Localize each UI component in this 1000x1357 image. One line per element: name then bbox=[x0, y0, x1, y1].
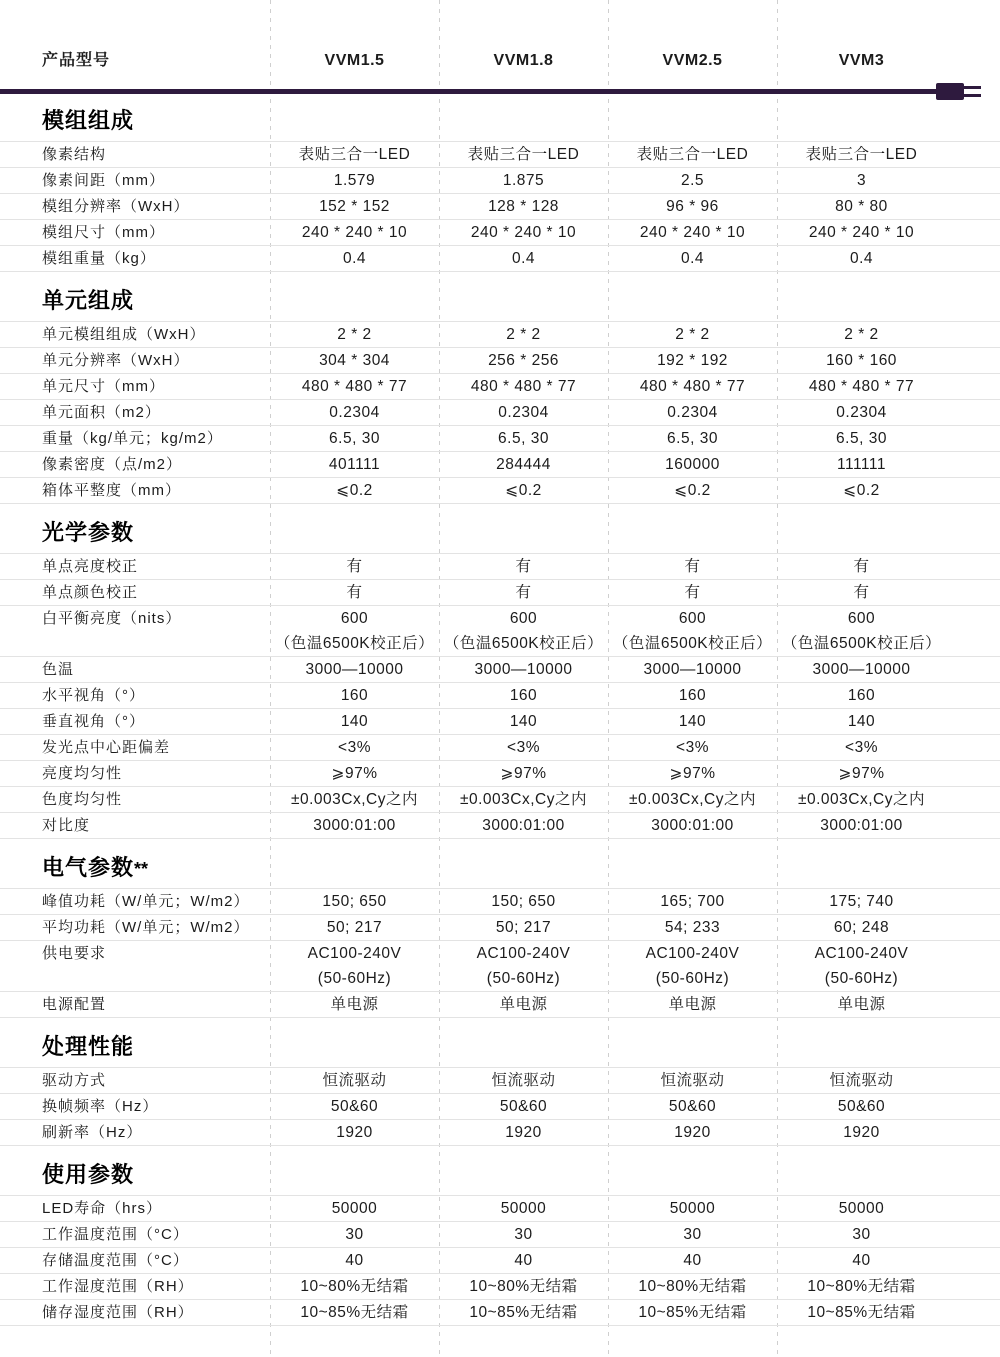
spec-label: 电源配置 bbox=[0, 992, 270, 1017]
spec-row: 工作温度范围（°C） 30 30 30 30 bbox=[0, 1222, 1000, 1248]
spec-value: 40 bbox=[608, 1248, 777, 1273]
spec-label: 像素密度（点/m2） bbox=[0, 452, 270, 477]
plug-prong-icon bbox=[963, 94, 981, 97]
spec-value: 140 bbox=[608, 709, 777, 734]
spec-value: 有 bbox=[439, 554, 608, 579]
spec-value: 600 （色温6500K校正后） bbox=[439, 606, 608, 656]
spec-label: 单元面积（m2） bbox=[0, 400, 270, 425]
spec-value: 3000:01:00 bbox=[777, 813, 946, 838]
spec-value: 10~80%无结霜 bbox=[270, 1274, 439, 1299]
spec-section: 处理性能 驱动方式 恒流驱动 恒流驱动 恒流驱动 恒流驱动 换帧频率（Hz） 5… bbox=[0, 1032, 1000, 1146]
spec-row: 水平视角（°） 160 160 160 160 bbox=[0, 683, 1000, 709]
section-title-text: 光学参数 bbox=[42, 520, 134, 545]
spec-value: 单电源 bbox=[270, 992, 439, 1017]
spec-value: 40 bbox=[270, 1248, 439, 1273]
spec-value: 表贴三合一LED bbox=[777, 142, 946, 167]
spec-value: 30 bbox=[439, 1222, 608, 1247]
spec-value: 10~85%无结霜 bbox=[777, 1300, 946, 1325]
spec-value: 284444 bbox=[439, 452, 608, 477]
model-name-vvm3: VVM3 bbox=[777, 48, 946, 74]
section-title-suffix: ** bbox=[134, 859, 148, 879]
section-title-text: 电气参数 bbox=[42, 855, 134, 880]
section-rows: 单点亮度校正 有 有 有 有 单点颜色校正 有 有 有 有 白平衡亮度（nits… bbox=[0, 553, 1000, 839]
spec-section: 电气参数** 峰值功耗（W/单元；W/m2） 150; 650 150; 650… bbox=[0, 853, 1000, 1018]
spec-label: 白平衡亮度（nits） bbox=[0, 606, 270, 631]
spec-value: 3000:01:00 bbox=[608, 813, 777, 838]
model-name-vvm1-5: VVM1.5 bbox=[270, 48, 439, 74]
spec-label: 重量（kg/单元；kg/m2） bbox=[0, 426, 270, 451]
spec-row: 储存湿度范围（RH） 10~85%无结霜 10~85%无结霜 10~85%无结霜… bbox=[0, 1300, 1000, 1326]
spec-value: AC100-240V (50-60Hz) bbox=[439, 941, 608, 991]
spec-value: 1920 bbox=[777, 1120, 946, 1145]
spec-value: 140 bbox=[439, 709, 608, 734]
spec-value: 160 bbox=[270, 683, 439, 708]
spec-value: 165; 700 bbox=[608, 889, 777, 914]
spec-value: 50000 bbox=[439, 1196, 608, 1221]
spec-value: <3% bbox=[439, 735, 608, 760]
spec-value: 240 * 240 * 10 bbox=[777, 220, 946, 245]
spec-row: 重量（kg/单元；kg/m2） 6.5, 30 6.5, 30 6.5, 30 … bbox=[0, 426, 1000, 452]
spec-value: 30 bbox=[608, 1222, 777, 1247]
spec-value: ⩾97% bbox=[608, 761, 777, 786]
section-title-text: 处理性能 bbox=[42, 1034, 134, 1059]
spec-label: 色度均匀性 bbox=[0, 787, 270, 812]
spec-value: 2 * 2 bbox=[270, 322, 439, 347]
spec-row: 峰值功耗（W/单元；W/m2） 150; 650 150; 650 165; 7… bbox=[0, 889, 1000, 915]
spec-value: 6.5, 30 bbox=[777, 426, 946, 451]
spec-row: 像素密度（点/m2） 401111 284444 160000 111111 bbox=[0, 452, 1000, 478]
spec-row: 垂直视角（°） 140 140 140 140 bbox=[0, 709, 1000, 735]
spec-label: 发光点中心距偏差 bbox=[0, 735, 270, 760]
spec-value: 表贴三合一LED bbox=[270, 142, 439, 167]
spec-value: 50000 bbox=[608, 1196, 777, 1221]
spec-value: 256 * 256 bbox=[439, 348, 608, 373]
section-rows: 像素结构 表贴三合一LED 表贴三合一LED 表贴三合一LED 表贴三合一LED… bbox=[0, 141, 1000, 272]
spec-value: 10~80%无结霜 bbox=[777, 1274, 946, 1299]
spec-row: 刷新率（Hz） 1920 1920 1920 1920 bbox=[0, 1120, 1000, 1146]
spec-value: 2 * 2 bbox=[777, 322, 946, 347]
spec-value: 恒流驱动 bbox=[777, 1068, 946, 1093]
spec-row: LED寿命（hrs） 50000 50000 50000 50000 bbox=[0, 1196, 1000, 1222]
spec-value: 152 * 152 bbox=[270, 194, 439, 219]
model-name-vvm2-5: VVM2.5 bbox=[608, 48, 777, 74]
spec-value: 2.5 bbox=[608, 168, 777, 193]
spec-label: 像素结构 bbox=[0, 142, 270, 167]
spec-row: 色温 3000—10000 3000—10000 3000—10000 3000… bbox=[0, 657, 1000, 683]
spec-value: 3 bbox=[777, 168, 946, 193]
spec-value: 恒流驱动 bbox=[439, 1068, 608, 1093]
spec-section: 模组组成 像素结构 表贴三合一LED 表贴三合一LED 表贴三合一LED 表贴三… bbox=[0, 106, 1000, 272]
spec-value: 1.579 bbox=[270, 168, 439, 193]
spec-value: 3000—10000 bbox=[439, 657, 608, 682]
plug-icon bbox=[936, 83, 964, 100]
spec-label: 像素间距（mm） bbox=[0, 168, 270, 193]
section-title: 处理性能 bbox=[42, 1032, 1000, 1063]
spec-value: 160 bbox=[439, 683, 608, 708]
spec-value: 140 bbox=[270, 709, 439, 734]
section-rows: 单元模组组成（WxH） 2 * 2 2 * 2 2 * 2 2 * 2 单元分辨… bbox=[0, 321, 1000, 504]
spec-row: 单点颜色校正 有 有 有 有 bbox=[0, 580, 1000, 606]
spec-value: 单电源 bbox=[439, 992, 608, 1017]
spec-label: 平均功耗（W/单元；W/m2） bbox=[0, 915, 270, 940]
spec-value: 单电源 bbox=[608, 992, 777, 1017]
spec-value: 50000 bbox=[777, 1196, 946, 1221]
spec-value: 有 bbox=[270, 580, 439, 605]
spec-row: 单元面积（m2） 0.2304 0.2304 0.2304 0.2304 bbox=[0, 400, 1000, 426]
spec-value: 600 （色温6500K校正后） bbox=[777, 606, 946, 656]
spec-label: 模组重量（kg） bbox=[0, 246, 270, 271]
spec-value: 50&60 bbox=[270, 1094, 439, 1119]
spec-row: 供电要求 AC100-240V (50-60Hz) AC100-240V (50… bbox=[0, 941, 1000, 992]
spec-value: 160000 bbox=[608, 452, 777, 477]
spec-label: 工作湿度范围（RH） bbox=[0, 1274, 270, 1299]
spec-value: 有 bbox=[439, 580, 608, 605]
spec-value: 有 bbox=[608, 580, 777, 605]
spec-label: 模组尺寸（mm） bbox=[0, 220, 270, 245]
spec-value: 3000—10000 bbox=[777, 657, 946, 682]
spec-section: 使用参数 LED寿命（hrs） 50000 50000 50000 50000 … bbox=[0, 1160, 1000, 1326]
spec-value: 有 bbox=[608, 554, 777, 579]
spec-value: 恒流驱动 bbox=[270, 1068, 439, 1093]
spec-row: 亮度均匀性 ⩾97% ⩾97% ⩾97% ⩾97% bbox=[0, 761, 1000, 787]
spec-row: 工作湿度范围（RH） 10~80%无结霜 10~80%无结霜 10~80%无结霜… bbox=[0, 1274, 1000, 1300]
section-title: 电气参数** bbox=[42, 853, 1000, 884]
spec-value: 0.4 bbox=[439, 246, 608, 271]
section-title: 使用参数 bbox=[42, 1160, 1000, 1191]
spec-label: 亮度均匀性 bbox=[0, 761, 270, 786]
spec-value: 304 * 304 bbox=[270, 348, 439, 373]
spec-value: 0.4 bbox=[608, 246, 777, 271]
section-rows: 峰值功耗（W/单元；W/m2） 150; 650 150; 650 165; 7… bbox=[0, 888, 1000, 1018]
spec-label: 换帧频率（Hz） bbox=[0, 1094, 270, 1119]
spec-value: 240 * 240 * 10 bbox=[608, 220, 777, 245]
spec-value: ±0.003Cx,Cy之内 bbox=[270, 787, 439, 812]
spec-value: ⩾97% bbox=[439, 761, 608, 786]
spec-label: 存储温度范围（°C） bbox=[0, 1248, 270, 1273]
spec-label: 垂直视角（°） bbox=[0, 709, 270, 734]
spec-value: <3% bbox=[777, 735, 946, 760]
spec-value: 480 * 480 * 77 bbox=[439, 374, 608, 399]
spec-row: 色度均匀性 ±0.003Cx,Cy之内 ±0.003Cx,Cy之内 ±0.003… bbox=[0, 787, 1000, 813]
spec-value: 0.2304 bbox=[608, 400, 777, 425]
spec-label: 单元分辨率（WxH） bbox=[0, 348, 270, 373]
spec-row: 模组重量（kg） 0.4 0.4 0.4 0.4 bbox=[0, 246, 1000, 272]
spec-row: 平均功耗（W/单元；W/m2） 50; 217 50; 217 54; 233 … bbox=[0, 915, 1000, 941]
spec-value: ⩽0.2 bbox=[608, 478, 777, 503]
spec-value: 160 * 160 bbox=[777, 348, 946, 373]
spec-value: 表贴三合一LED bbox=[608, 142, 777, 167]
spec-value: 50&60 bbox=[439, 1094, 608, 1119]
spec-row: 箱体平整度（mm） ⩽0.2 ⩽0.2 ⩽0.2 ⩽0.2 bbox=[0, 478, 1000, 504]
spec-value: 10~80%无结霜 bbox=[439, 1274, 608, 1299]
spec-value: 50; 217 bbox=[270, 915, 439, 940]
spec-value: ⩾97% bbox=[777, 761, 946, 786]
spec-value: 175; 740 bbox=[777, 889, 946, 914]
spec-label: 箱体平整度（mm） bbox=[0, 478, 270, 503]
spec-value: 3000—10000 bbox=[608, 657, 777, 682]
spec-value: 6.5, 30 bbox=[608, 426, 777, 451]
spec-value: 3000:01:00 bbox=[270, 813, 439, 838]
spec-row: 模组尺寸（mm） 240 * 240 * 10 240 * 240 * 10 2… bbox=[0, 220, 1000, 246]
section-title-text: 模组组成 bbox=[42, 108, 134, 133]
spec-row: 发光点中心距偏差 <3% <3% <3% <3% bbox=[0, 735, 1000, 761]
spec-value: 10~85%无结霜 bbox=[608, 1300, 777, 1325]
spec-section: 单元组成 单元模组组成（WxH） 2 * 2 2 * 2 2 * 2 2 * 2… bbox=[0, 286, 1000, 504]
spec-label: 模组分辨率（WxH） bbox=[0, 194, 270, 219]
spec-label: 色温 bbox=[0, 657, 270, 682]
spec-value: AC100-240V (50-60Hz) bbox=[270, 941, 439, 991]
spec-row: 对比度 3000:01:00 3000:01:00 3000:01:00 300… bbox=[0, 813, 1000, 839]
header-divider bbox=[0, 83, 1000, 100]
spec-value: 2 * 2 bbox=[439, 322, 608, 347]
product-model-label: 产品型号 bbox=[0, 48, 270, 74]
spec-label: 驱动方式 bbox=[0, 1068, 270, 1093]
spec-value: <3% bbox=[608, 735, 777, 760]
model-name-vvm1-8: VVM1.8 bbox=[439, 48, 608, 74]
spec-value: 600 （色温6500K校正后） bbox=[270, 606, 439, 656]
spec-value: 80 * 80 bbox=[777, 194, 946, 219]
spec-value: 恒流驱动 bbox=[608, 1068, 777, 1093]
spec-value: 50000 bbox=[270, 1196, 439, 1221]
spec-value: 1.875 bbox=[439, 168, 608, 193]
spec-value: 40 bbox=[777, 1248, 946, 1273]
section-rows: LED寿命（hrs） 50000 50000 50000 50000 工作温度范… bbox=[0, 1195, 1000, 1326]
spec-value: 0.2304 bbox=[270, 400, 439, 425]
spec-row: 驱动方式 恒流驱动 恒流驱动 恒流驱动 恒流驱动 bbox=[0, 1068, 1000, 1094]
spec-row: 单元尺寸（mm） 480 * 480 * 77 480 * 480 * 77 4… bbox=[0, 374, 1000, 400]
spec-label: 单元尺寸（mm） bbox=[0, 374, 270, 399]
spec-value: 表贴三合一LED bbox=[439, 142, 608, 167]
spec-value: 0.4 bbox=[777, 246, 946, 271]
spec-value: 480 * 480 * 77 bbox=[270, 374, 439, 399]
section-title: 模组组成 bbox=[42, 106, 1000, 137]
spec-value: ⩽0.2 bbox=[439, 478, 608, 503]
spec-value: 0.4 bbox=[270, 246, 439, 271]
spec-value: 96 * 96 bbox=[608, 194, 777, 219]
spec-value: 240 * 240 * 10 bbox=[270, 220, 439, 245]
spec-sections: 模组组成 像素结构 表贴三合一LED 表贴三合一LED 表贴三合一LED 表贴三… bbox=[0, 106, 1000, 1326]
spec-value: 480 * 480 * 77 bbox=[777, 374, 946, 399]
spec-value: 10~85%无结霜 bbox=[439, 1300, 608, 1325]
table-header: 产品型号 VVM1.5 VVM1.8 VVM2.5 VVM3 bbox=[0, 0, 1000, 74]
spec-value: 30 bbox=[777, 1222, 946, 1247]
spec-label: 峰值功耗（W/单元；W/m2） bbox=[0, 889, 270, 914]
spec-value: 10~85%无结霜 bbox=[270, 1300, 439, 1325]
spec-row: 像素间距（mm） 1.579 1.875 2.5 3 bbox=[0, 168, 1000, 194]
spec-label: 单点亮度校正 bbox=[0, 554, 270, 579]
spec-label: 水平视角（°） bbox=[0, 683, 270, 708]
spec-row: 模组分辨率（WxH） 152 * 152 128 * 128 96 * 96 8… bbox=[0, 194, 1000, 220]
spec-value: ±0.003Cx,Cy之内 bbox=[439, 787, 608, 812]
spec-value: 40 bbox=[439, 1248, 608, 1273]
spec-value: 10~80%无结霜 bbox=[608, 1274, 777, 1299]
spec-value: 60; 248 bbox=[777, 915, 946, 940]
spec-value: 192 * 192 bbox=[608, 348, 777, 373]
spec-row: 电源配置 单电源 单电源 单电源 单电源 bbox=[0, 992, 1000, 1018]
spec-value: 150; 650 bbox=[270, 889, 439, 914]
spec-value: 30 bbox=[270, 1222, 439, 1247]
spec-row: 单元分辨率（WxH） 304 * 304 256 * 256 192 * 192… bbox=[0, 348, 1000, 374]
spec-row: 白平衡亮度（nits） 600 （色温6500K校正后） 600 （色温6500… bbox=[0, 606, 1000, 657]
spec-row: 像素结构 表贴三合一LED 表贴三合一LED 表贴三合一LED 表贴三合一LED bbox=[0, 142, 1000, 168]
divider-rule bbox=[0, 89, 941, 94]
spec-label: 刷新率（Hz） bbox=[0, 1120, 270, 1145]
spec-label: 工作温度范围（°C） bbox=[0, 1222, 270, 1247]
spec-value: ⩽0.2 bbox=[777, 478, 946, 503]
spec-value: ⩽0.2 bbox=[270, 478, 439, 503]
spec-label: 供电要求 bbox=[0, 941, 270, 966]
spec-value: ±0.003Cx,Cy之内 bbox=[608, 787, 777, 812]
spec-value: 6.5, 30 bbox=[439, 426, 608, 451]
spec-value: ±0.003Cx,Cy之内 bbox=[777, 787, 946, 812]
spec-value: AC100-240V (50-60Hz) bbox=[608, 941, 777, 991]
spec-value: 54; 233 bbox=[608, 915, 777, 940]
spec-value: <3% bbox=[270, 735, 439, 760]
spec-value: 140 bbox=[777, 709, 946, 734]
spec-label: 对比度 bbox=[0, 813, 270, 838]
spec-row: 存储温度范围（°C） 40 40 40 40 bbox=[0, 1248, 1000, 1274]
spec-value: 0.2304 bbox=[777, 400, 946, 425]
spec-value: 160 bbox=[608, 683, 777, 708]
spec-label: LED寿命（hrs） bbox=[0, 1196, 270, 1221]
spec-row: 单点亮度校正 有 有 有 有 bbox=[0, 554, 1000, 580]
spec-value: 6.5, 30 bbox=[270, 426, 439, 451]
spec-label: 单元模组组成（WxH） bbox=[0, 322, 270, 347]
spec-label: 单点颜色校正 bbox=[0, 580, 270, 605]
spec-value: 0.2304 bbox=[439, 400, 608, 425]
plug-prong-icon bbox=[963, 86, 981, 89]
spec-value: 401111 bbox=[270, 452, 439, 477]
spec-row: 单元模组组成（WxH） 2 * 2 2 * 2 2 * 2 2 * 2 bbox=[0, 322, 1000, 348]
section-title: 单元组成 bbox=[42, 286, 1000, 317]
spec-value: 有 bbox=[777, 554, 946, 579]
spec-value: 有 bbox=[270, 554, 439, 579]
spec-label: 储存湿度范围（RH） bbox=[0, 1300, 270, 1325]
spec-value: 50&60 bbox=[777, 1094, 946, 1119]
spec-value: 单电源 bbox=[777, 992, 946, 1017]
spec-sheet: 产品型号 VVM1.5 VVM1.8 VVM2.5 VVM3 模组组成 像素结构… bbox=[0, 0, 1000, 1357]
spec-value: 50&60 bbox=[608, 1094, 777, 1119]
spec-value: ⩾97% bbox=[270, 761, 439, 786]
section-rows: 驱动方式 恒流驱动 恒流驱动 恒流驱动 恒流驱动 换帧频率（Hz） 50&60 … bbox=[0, 1067, 1000, 1146]
spec-value: 1920 bbox=[270, 1120, 439, 1145]
spec-value: 480 * 480 * 77 bbox=[608, 374, 777, 399]
section-title-text: 使用参数 bbox=[42, 1162, 134, 1187]
spec-value: 150; 650 bbox=[439, 889, 608, 914]
spec-value: 1920 bbox=[608, 1120, 777, 1145]
spec-value: 3000:01:00 bbox=[439, 813, 608, 838]
spec-value: 128 * 128 bbox=[439, 194, 608, 219]
spec-value: 有 bbox=[777, 580, 946, 605]
spec-value: 3000—10000 bbox=[270, 657, 439, 682]
spec-value: 1920 bbox=[439, 1120, 608, 1145]
spec-section: 光学参数 单点亮度校正 有 有 有 有 单点颜色校正 有 有 有 有 白平衡亮度… bbox=[0, 518, 1000, 839]
spec-value: 2 * 2 bbox=[608, 322, 777, 347]
spec-value: 240 * 240 * 10 bbox=[439, 220, 608, 245]
spec-value: 111111 bbox=[777, 452, 946, 477]
spec-row: 换帧频率（Hz） 50&60 50&60 50&60 50&60 bbox=[0, 1094, 1000, 1120]
section-title: 光学参数 bbox=[42, 518, 1000, 549]
spec-value: 160 bbox=[777, 683, 946, 708]
spec-value: 50; 217 bbox=[439, 915, 608, 940]
section-title-text: 单元组成 bbox=[42, 288, 134, 313]
spec-value: AC100-240V (50-60Hz) bbox=[777, 941, 946, 991]
spec-value: 600 （色温6500K校正后） bbox=[608, 606, 777, 656]
